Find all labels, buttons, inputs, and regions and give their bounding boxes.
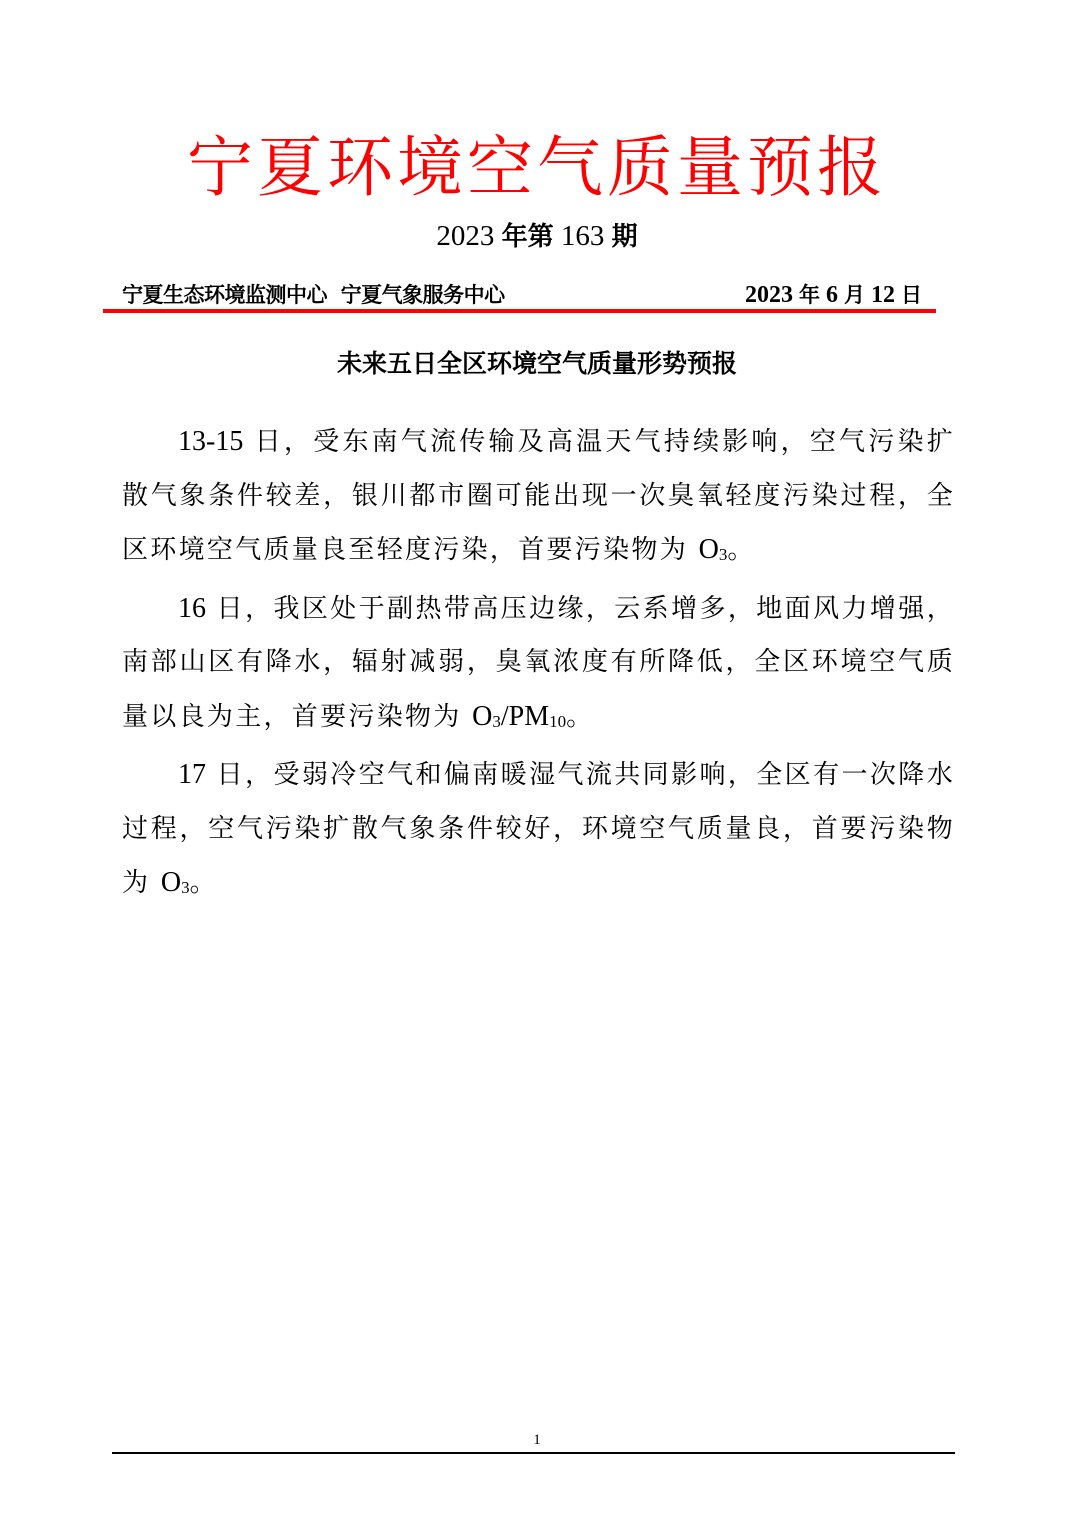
issue-number-label: 期 [612,222,638,252]
paragraph-end: 。 [190,868,218,898]
section-title: 未来五日全区环境空气质量形势预报 [0,346,1074,382]
issuer-date-row: 宁夏生态环境监测中心 宁夏气象服务中心 2023 年 6 月 12 日 [122,279,922,311]
issue-number-value: 163 [561,220,605,252]
page-number: 1 [0,1432,1074,1448]
pollutant-secondary: /PM [501,701,549,732]
issue-year-label: 年第 [502,222,554,252]
forecast-date: 17 [178,759,206,790]
date-day-label: 日 [901,283,922,307]
document-title: 宁夏环境空气质量预报 [0,128,1074,208]
pollutant: O [472,701,492,732]
forecast-date: 13-15 [178,426,243,457]
date-year-label: 年 [799,283,820,307]
forecast-body: 13-15 日，受东南气流传输及高温天气持续影响，空气污染扩散气象条件较差，银川… [122,415,955,915]
footer-divider [112,1452,955,1454]
forecast-paragraph-17: 17 日，受弱冷空气和偏南暖湿气流共同影响，全区有一次降水过程，空气污染扩散气象… [122,748,955,915]
pollutant: O [161,867,181,898]
forecast-text: 日，受东南气流传输及高温天气持续影响，空气污染扩散气象条件较差，银川都市圈可能出… [122,427,955,565]
issuing-organizations: 宁夏生态环境监测中心 宁夏气象服务中心 [122,279,505,311]
publish-date: 2023 年 6 月 12 日 [745,279,922,311]
issue-year: 2023 [436,220,494,252]
pollutant-subscript: 3 [181,878,190,897]
pollutant-secondary-subscript: 10 [549,712,566,731]
date-year: 2023 [745,282,793,308]
forecast-text: 日，受弱冷空气和偏南暖湿气流共同影响，全区有一次降水过程，空气污染扩散气象条件较… [122,760,955,898]
forecast-paragraph-16: 16 日，我区处于副热带高压边缘，云系增多，地面风力增强，南部山区有降水，辐射减… [122,582,955,749]
paragraph-end: 。 [727,535,755,565]
paragraph-end: 。 [566,702,594,732]
date-day: 12 [871,282,895,308]
pollutant-subscript: 3 [492,712,501,731]
forecast-paragraph-13-15: 13-15 日，受东南气流传输及高温天气持续影响，空气污染扩散气象条件较差，银川… [122,415,955,582]
header-red-divider [103,309,936,313]
forecast-date: 16 [178,593,206,624]
date-month: 6 [826,282,838,308]
date-month-label: 月 [844,283,865,307]
pollutant: O [699,534,719,565]
issue-number: 2023 年第 163 期 [0,218,1074,255]
